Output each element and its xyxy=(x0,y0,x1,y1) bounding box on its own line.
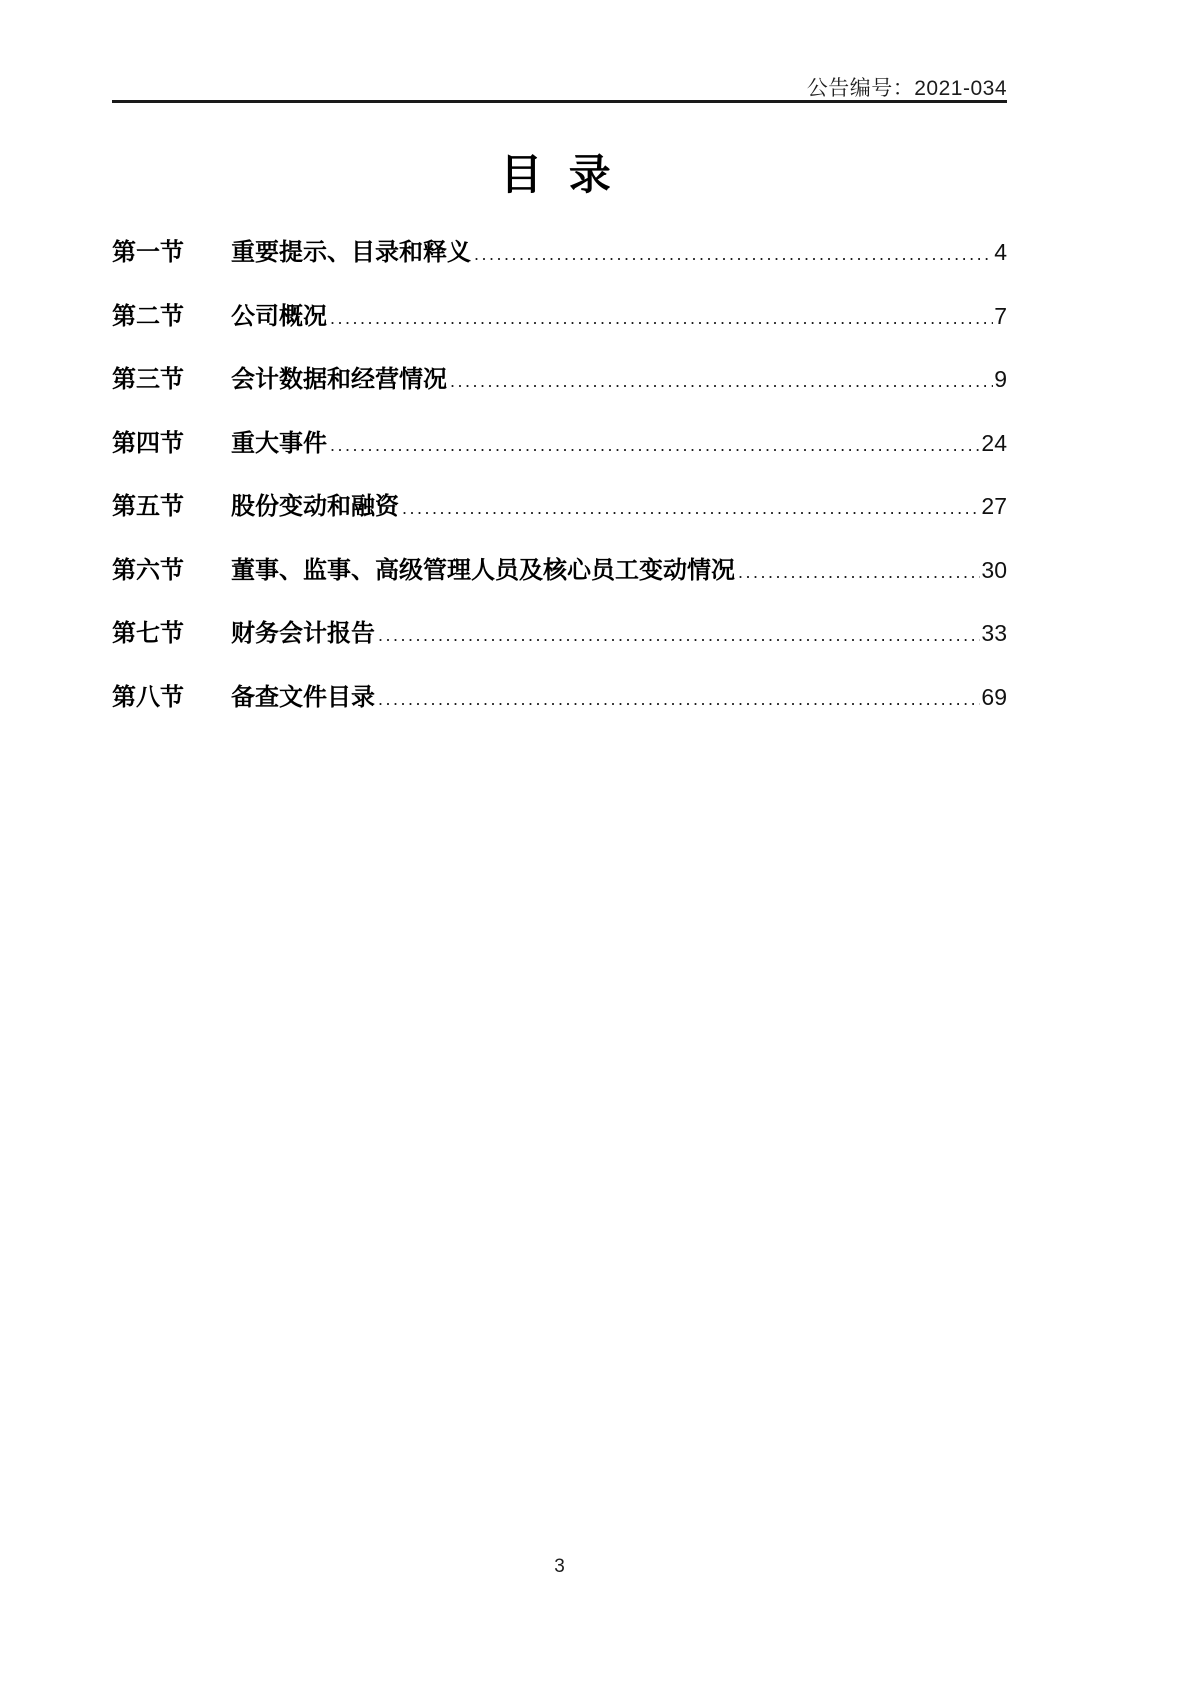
toc-title: 备查文件目录 xyxy=(231,677,375,712)
toc-dot-leader xyxy=(330,435,980,456)
toc-page-number: 30 xyxy=(981,557,1007,584)
toc-entry[interactable]: 第三节 会计数据和经营情况 9 xyxy=(112,345,1007,409)
toc-page-number: 33 xyxy=(981,620,1007,647)
toc-title: 董事、监事、高级管理人员及核心员工变动情况 xyxy=(231,550,735,585)
document-page: 公告编号：2021-034 目 录 第一节 重要提示、目录和释义 4 第二节 公… xyxy=(0,0,1200,1696)
toc-section-label: 第二节 xyxy=(112,296,231,331)
announcement-number: 公告编号：2021-034 xyxy=(112,72,1007,102)
toc-page-number: 4 xyxy=(994,239,1007,266)
toc-dot-leader xyxy=(450,371,993,392)
toc-dot-leader xyxy=(474,244,993,265)
toc-page-number: 24 xyxy=(981,430,1007,457)
toc-entry[interactable]: 第四节 重大事件 24 xyxy=(112,409,1007,473)
toc-dot-leader xyxy=(378,625,980,646)
table-of-contents: 第一节 重要提示、目录和释义 4 第二节 公司概况 7 第三节 会计数据和经营情… xyxy=(112,218,1007,726)
toc-title: 公司概况 xyxy=(231,296,327,331)
toc-page-number: 27 xyxy=(981,493,1007,520)
toc-section-label: 第一节 xyxy=(112,232,231,267)
toc-entry[interactable]: 第二节 公司概况 7 xyxy=(112,282,1007,346)
toc-entry[interactable]: 第五节 股份变动和融资 27 xyxy=(112,472,1007,536)
toc-dot-leader xyxy=(402,498,980,519)
toc-title: 财务会计报告 xyxy=(231,613,375,648)
header-divider xyxy=(112,100,1007,103)
toc-entry[interactable]: 第六节 董事、监事、高级管理人员及核心员工变动情况 30 xyxy=(112,536,1007,600)
toc-section-label: 第六节 xyxy=(112,550,231,585)
toc-entry[interactable]: 第一节 重要提示、目录和释义 4 xyxy=(112,218,1007,282)
toc-dot-leader xyxy=(738,562,980,583)
toc-dot-leader xyxy=(330,308,993,329)
toc-page-number: 9 xyxy=(994,366,1007,393)
toc-title: 重大事件 xyxy=(231,423,327,458)
toc-page-number: 7 xyxy=(994,303,1007,330)
toc-section-label: 第七节 xyxy=(112,613,231,648)
toc-section-label: 第三节 xyxy=(112,359,231,394)
toc-title: 重要提示、目录和释义 xyxy=(231,232,471,267)
toc-title: 股份变动和融资 xyxy=(231,486,399,521)
toc-section-label: 第四节 xyxy=(112,423,231,458)
toc-title: 会计数据和经营情况 xyxy=(231,359,447,394)
toc-section-label: 第五节 xyxy=(112,486,231,521)
footer-page-number: 3 xyxy=(554,1556,565,1577)
toc-entry[interactable]: 第七节 财务会计报告 33 xyxy=(112,599,1007,663)
toc-section-label: 第八节 xyxy=(112,677,231,712)
toc-page-number: 69 xyxy=(981,684,1007,711)
toc-entry[interactable]: 第八节 备查文件目录 69 xyxy=(112,663,1007,727)
page-footer: 3 xyxy=(112,1556,1007,1578)
page-title: 目 录 xyxy=(112,142,1007,202)
toc-dot-leader xyxy=(378,689,980,710)
